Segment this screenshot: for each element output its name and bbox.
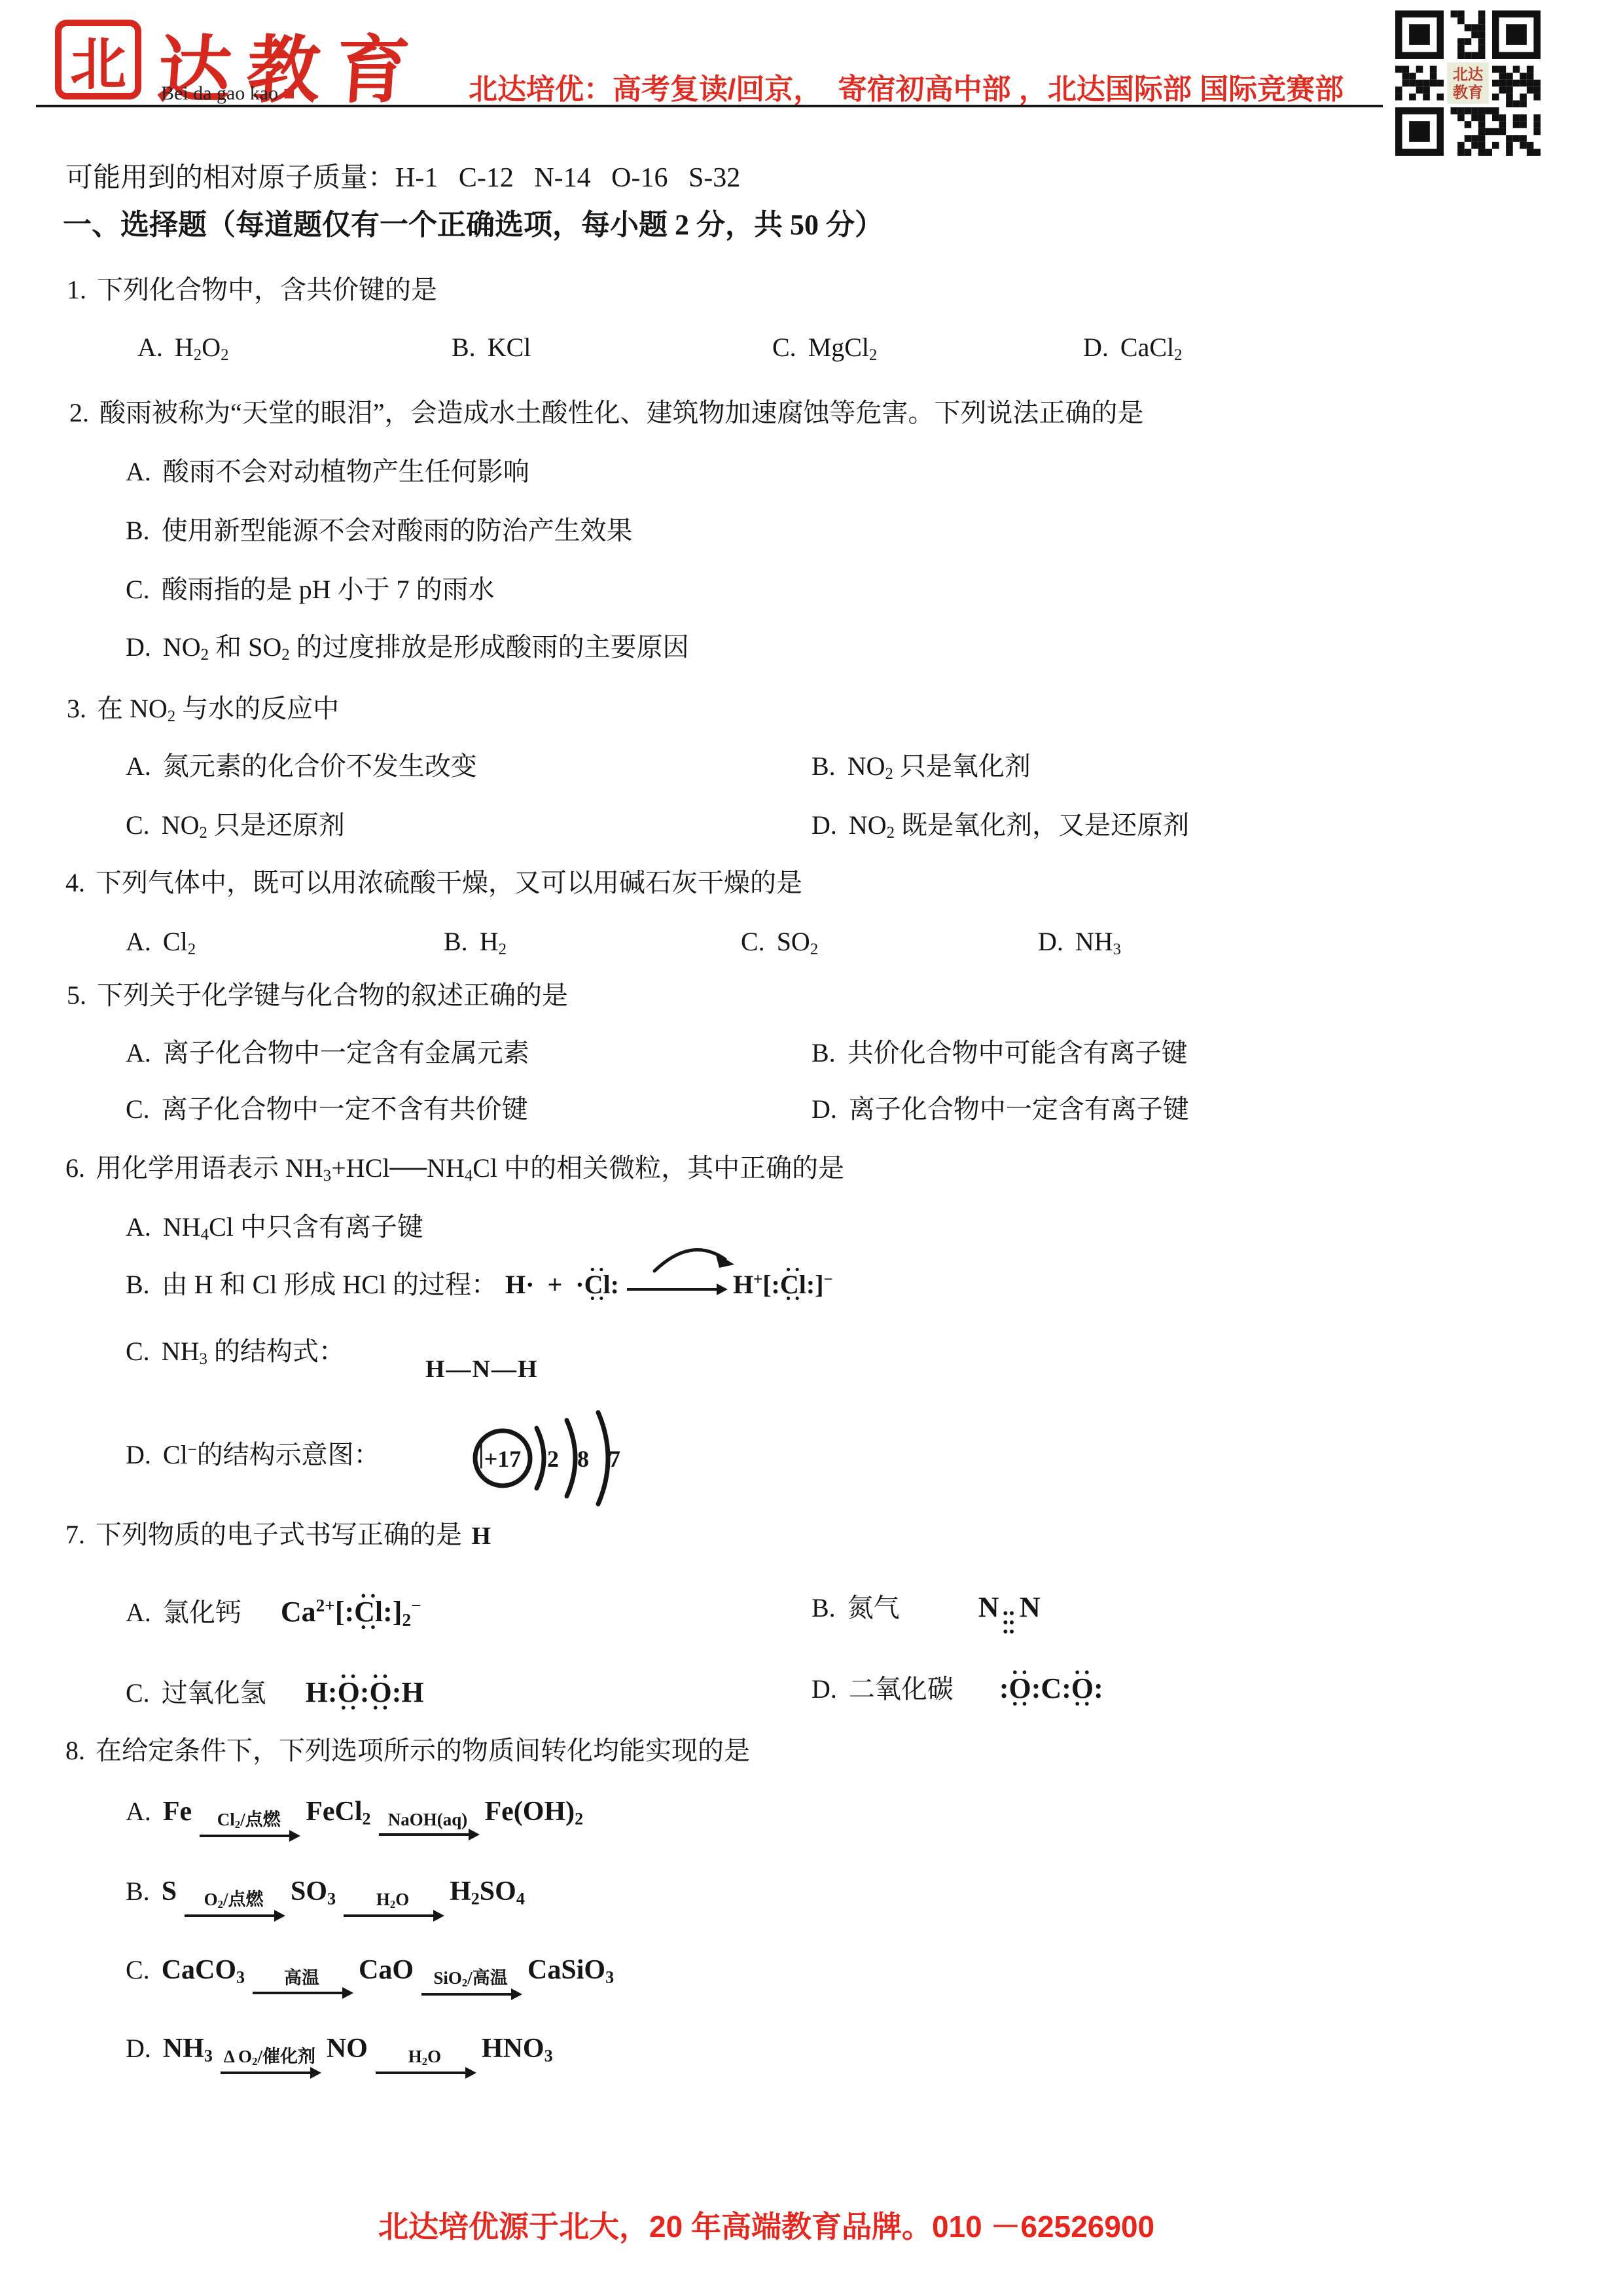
option-label: A.	[126, 927, 151, 956]
option-text: MgCl2	[808, 332, 878, 362]
option-text: NH3	[1075, 927, 1121, 956]
option-text: 共价化合物中可能含有离子键	[847, 1038, 1188, 1067]
q1-option-a: A.H2O2	[137, 331, 228, 366]
option-text: Cl2	[163, 927, 196, 956]
q3-stem: 3.在 NO2 与水的反应中	[67, 692, 339, 727]
conversion-chain: NH3Δ O2/催化剂NOH2OHNO3	[163, 2034, 553, 2064]
svg-text:8: 8	[577, 1446, 589, 1472]
q4-option-a: A.Cl2	[126, 925, 196, 960]
q7-option-c: C.过氧化氢H:O:O:H	[126, 1674, 424, 1710]
q3-number: 3.	[67, 694, 86, 723]
option-text: 二氧化碳	[849, 1674, 954, 1704]
header-slogan: 北达培优：高考复读/回京， 寄宿初高中部 ，北达国际部 国际竞赛部	[469, 65, 1344, 107]
q7-stem-text: 下列物质的电子式书写正确的是	[96, 1520, 462, 1549]
option-text: 氮气	[847, 1593, 900, 1623]
q1-stem-text: 下列化合物中，含共价键的是	[97, 275, 437, 304]
q3-option-a: A.氮元素的化合价不发生改变	[126, 750, 477, 783]
logo-seal-character: 北	[70, 19, 126, 100]
q4-option-c: C.SO2	[741, 925, 818, 960]
option-text: 酸雨不会对动植物产生任何影响	[163, 457, 529, 486]
q3-option-d: D.NO2 既是氧化剂，又是还原剂	[811, 809, 1189, 844]
q8-option-a: A.FeCl2/点燃FeCl2NaOH(aq)Fe(OH)2	[126, 1795, 583, 1845]
exam-page: 北 达教育 Bei da gao kao ■ 北达培优：高考复读/回京， 寄宿初…	[0, 0, 1623, 2296]
option-label: D.	[1038, 927, 1063, 956]
option-label: D.	[811, 1674, 837, 1704]
option-label: A.	[126, 751, 151, 781]
option-label: C.	[126, 1094, 150, 1124]
conversion-chain: FeCl2/点燃FeCl2NaOH(aq)Fe(OH)2	[163, 1797, 583, 1827]
option-label: A.	[126, 1797, 151, 1826]
lewis-formula: Ca2+[:Cl:]2−	[281, 1596, 421, 1628]
q5-number: 5.	[67, 980, 86, 1010]
option-text: 离子化合物中一定不含有共价键	[162, 1094, 528, 1124]
option-text: NH4Cl 中只含有离子键	[163, 1212, 423, 1242]
option-text: 酸雨指的是 pH 小于 7 的雨水	[162, 575, 495, 604]
option-label: C.	[126, 1678, 150, 1708]
nh3-row-top: H—N—H	[425, 1355, 539, 1384]
option-text: NO2 和 SO2 的过度排放是形成酸雨的主要原因	[163, 632, 689, 662]
q7-option-d: D.二氧化碳:O:C:O:	[811, 1670, 1103, 1706]
option-text: Cl−的结构示意图：	[163, 1440, 380, 1469]
option-text: H2	[480, 927, 507, 956]
option-label: A.	[126, 1038, 151, 1067]
lewis-formula: :O:C:O:	[999, 1672, 1103, 1704]
option-label: B.	[126, 1270, 150, 1299]
q6-option-d: D.Cl−的结构示意图：	[126, 1439, 380, 1471]
option-text: 离子化合物中一定含有金属元素	[163, 1038, 529, 1067]
lewis-formula: N••••••N	[978, 1591, 1041, 1623]
qr-code: 北达 教育	[1395, 10, 1541, 156]
option-text: CaCl2	[1120, 332, 1183, 362]
q3-option-b: B.NO2 只是氧化剂	[811, 750, 1031, 785]
q5-stem: 5.下列关于化学键与化合物的叙述正确的是	[67, 979, 568, 1012]
q4-number: 4.	[65, 868, 85, 897]
q3-option-c: C.NO2 只是还原剂	[126, 809, 345, 844]
option-text: SO2	[777, 927, 819, 956]
q2-stem-text: 酸雨被称为“天堂的眼泪”，会造成水土酸性化、建筑物加速腐蚀等危害。下列说法正确的…	[99, 398, 1144, 427]
q8-option-c: C.CaCO3高温CaOSiO2/高温CaSiO3	[126, 1953, 614, 2003]
q2-stem: 2.酸雨被称为“天堂的眼泪”，会造成水土酸性化、建筑物加速腐蚀等危害。下列说法正…	[69, 397, 1144, 429]
q1-option-b: B.KCl	[452, 331, 531, 364]
q8-option-d: D.NH3Δ O2/催化剂NOH2OHNO3	[126, 2032, 553, 2082]
q4-stem: 4.下列气体中，既可以用浓硫酸干燥，又可以用碱石灰干燥的是	[65, 867, 802, 899]
option-label: B.	[452, 332, 476, 362]
conversion-chain: CaCO3高温CaOSiO2/高温CaSiO3	[162, 1955, 614, 1985]
q2-option-a: A.酸雨不会对动植物产生任何影响	[126, 456, 529, 488]
option-text: 氮元素的化合价不发生改变	[163, 751, 477, 781]
conversion-chain: SO2/点燃SO3H2OH2SO4	[162, 1876, 525, 1907]
option-label: D.	[811, 1094, 837, 1124]
option-label: B.	[811, 1038, 836, 1067]
option-text: NO2 只是还原剂	[162, 810, 345, 840]
option-label: D.	[126, 632, 151, 662]
option-label: D.	[126, 2034, 151, 2063]
option-label: B.	[811, 751, 836, 781]
q6-option-a: A.NH4Cl 中只含有离子键	[126, 1211, 423, 1246]
option-text: NH3 的结构式：	[162, 1336, 345, 1366]
electron-transfer-arrow	[648, 1233, 740, 1276]
footer-slogan: 北达培优源于北大，20 年高端教育品牌。010 －62526900	[378, 2203, 1154, 2246]
q5-stem-text: 下列关于化学键与化合物的叙述正确的是	[97, 980, 568, 1010]
option-label: B.	[444, 927, 468, 956]
q2-number: 2.	[69, 398, 89, 427]
option-text: 使用新型能源不会对酸雨的防治产生效果	[162, 516, 633, 545]
option-label: C.	[772, 332, 796, 362]
q6-number: 6.	[65, 1153, 85, 1183]
option-text: 氯化钙	[163, 1598, 241, 1627]
q5-option-a: A.离子化合物中一定含有金属元素	[126, 1037, 529, 1069]
option-text: 过氧化氢	[162, 1678, 266, 1708]
option-label: C.	[126, 1336, 150, 1366]
q7-option-a: A.氯化钙Ca2+[:Cl:]2−	[126, 1594, 421, 1631]
atomic-mass-note: 可能用到的相对原子质量：H-1 C-12 N-14 O-16 S-32	[65, 161, 740, 196]
q4-option-d: D.NH3	[1038, 925, 1121, 960]
q3-stem-text: 在 NO2 与水的反应中	[97, 694, 339, 723]
q2-option-b: B.使用新型能源不会对酸雨的防治产生效果	[126, 514, 633, 547]
option-label: D.	[1083, 332, 1109, 362]
header-divider	[36, 105, 1383, 107]
q6-stem: 6.用化学用语表示 NH3+HCl──NH4Cl 中的相关微粒，其中正确的是	[65, 1152, 844, 1187]
option-label: D.	[811, 810, 837, 840]
q8-stem-text: 在给定条件下，下列选项所示的物质间转化均能实现的是	[96, 1736, 750, 1765]
option-label: D.	[126, 1440, 151, 1469]
option-label: C.	[126, 575, 150, 604]
q1-option-c: C.MgCl2	[772, 331, 877, 366]
option-label: A.	[126, 1598, 151, 1627]
option-text: NO2 只是氧化剂	[847, 751, 1031, 781]
q5-option-b: B.共价化合物中可能含有离子键	[811, 1037, 1188, 1069]
option-label: A.	[137, 332, 163, 362]
option-text: KCl	[488, 332, 531, 362]
option-text: H2O2	[175, 332, 229, 362]
logo-seal: 北	[55, 20, 141, 99]
q7-stem: 7.下列物质的电子式书写正确的是	[65, 1518, 462, 1551]
svg-text:2: 2	[547, 1446, 559, 1472]
option-label: A.	[126, 457, 151, 486]
q1-option-d: D.CaCl2	[1083, 331, 1183, 366]
option-label: C.	[741, 927, 765, 956]
option-text: 由 H 和 Cl 形成 HCl 的过程：	[162, 1270, 497, 1299]
svg-text:教育: 教育	[1453, 84, 1484, 101]
q7-number: 7.	[65, 1520, 85, 1549]
option-text: NO2 既是氧化剂，又是还原剂	[849, 810, 1189, 840]
q5-option-c: C.离子化合物中一定不含有共价键	[126, 1093, 528, 1126]
logo-subtitle: Bei da gao kao ■	[161, 82, 295, 105]
q8-number: 8.	[65, 1736, 85, 1765]
q1-number: 1.	[67, 275, 86, 304]
q6-stem-text: 用化学用语表示 NH3+HCl──NH4Cl 中的相关微粒，其中正确的是	[96, 1153, 844, 1183]
svg-text:7: 7	[609, 1446, 620, 1472]
q4-option-b: B.H2	[444, 925, 507, 960]
qr-center-logo: 北达 教育	[1447, 62, 1488, 103]
q8-stem: 8.在给定条件下，下列选项所示的物质间转化均能实现的是	[65, 1734, 750, 1767]
option-label: C.	[126, 810, 150, 840]
lewis-formula: H:O:O:H	[306, 1676, 424, 1708]
q1-stem: 1.下列化合物中，含共价键的是	[67, 274, 437, 306]
option-label: B.	[126, 516, 150, 545]
q2-option-d: D.NO2 和 SO2 的过度排放是形成酸雨的主要原因	[126, 631, 689, 666]
q2-option-c: C.酸雨指的是 pH 小于 7 的雨水	[126, 573, 495, 606]
section-title: 一、选择题（每道题仅有一个正确选项，每小题 2 分，共 50 分）	[63, 207, 883, 243]
chloride-shell-diagram: +17 2 8 7	[469, 1401, 645, 1516]
logo-subtitle-text: Bei da gao kao	[161, 82, 283, 104]
option-label: B.	[126, 1876, 150, 1906]
q4-stem-text: 下列气体中，既可以用浓硫酸干燥，又可以用碱石灰干燥的是	[96, 868, 802, 897]
q8-option-b: B.SO2/点燃SO3H2OH2SO4	[126, 1874, 525, 1925]
option-text: 离子化合物中一定含有离子键	[849, 1094, 1189, 1124]
option-label: B.	[811, 1593, 836, 1623]
logo-subtitle-square-icon: ■	[283, 82, 295, 104]
q5-option-d: D.离子化合物中一定含有离子键	[811, 1093, 1189, 1126]
svg-text:北达: 北达	[1453, 67, 1484, 84]
q7-option-b: B.氮气N••••••N	[811, 1589, 1041, 1636]
svg-text:+17: +17	[484, 1446, 522, 1472]
option-label: C.	[126, 1955, 150, 1984]
q6-option-c: C.NH3 的结构式：	[126, 1335, 345, 1370]
option-label: A.	[126, 1212, 151, 1242]
